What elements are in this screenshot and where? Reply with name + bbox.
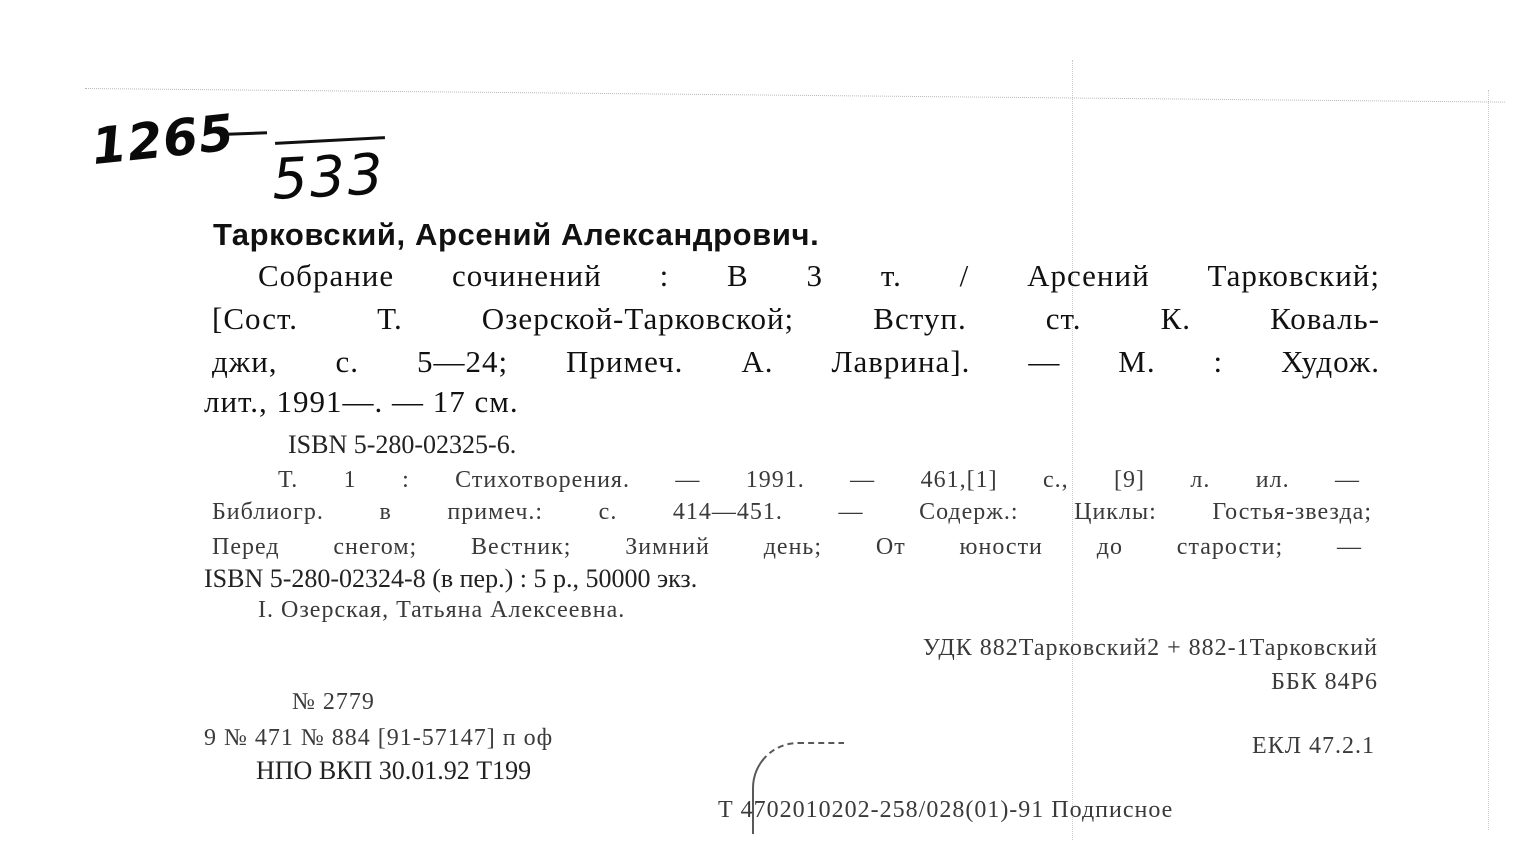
description-line: лит., 1991—. — 17 см. [204,386,519,417]
scan-artifact-vertical [1488,90,1489,830]
udk-classification: УДК 882Тарковский2 + 882-1Тарковский [923,636,1378,660]
publisher-line: НПО ВКП 30.01.92 Т199 [256,758,531,784]
author-heading: Тарковский, Арсений Александрович. [213,219,819,250]
volume-line: Т. 1 : Стихотворения. — 1991. — 461,[1] … [278,468,1360,492]
scan-artifact-vertical [1072,60,1073,840]
handwritten-shelfmark: 1265 [89,103,237,176]
handwritten-underline [227,131,267,135]
card-number: № 2779 [292,690,375,714]
added-entry: I. Озерская, Татьяна Алексеевна. [258,598,625,622]
volume-line: ISBN 5-280-02324-8 (в пер.) : 5 р., 5000… [204,566,697,592]
volume-line: Библиогр. в примеч.: с. 414—451. — Содер… [212,500,1372,524]
isbn-set: ISBN 5-280-02325-6. [288,432,516,458]
scan-artifact-line [85,88,1505,103]
volume-line: Перед снегом; Вестник; Зимний день; От ю… [212,535,1362,559]
bbk-classification: ББК 84Р6 [1271,670,1378,694]
description-line: [Сост. Т. Озерской-Тарковской; Вступ. ст… [212,303,1380,334]
handwritten-number: 533 [270,142,386,213]
description-line: джи, с. 5—24; Примеч. А. Лаврина]. — М. … [212,346,1380,377]
description-line: Собрание сочинений : В 3 т. / Арсений Та… [258,260,1380,291]
ekl-classification: ЕКЛ 47.2.1 [1252,734,1375,758]
stamp-mark [752,742,844,834]
order-line: 9 № 471 № 884 [91-57147] п оф [204,726,553,750]
